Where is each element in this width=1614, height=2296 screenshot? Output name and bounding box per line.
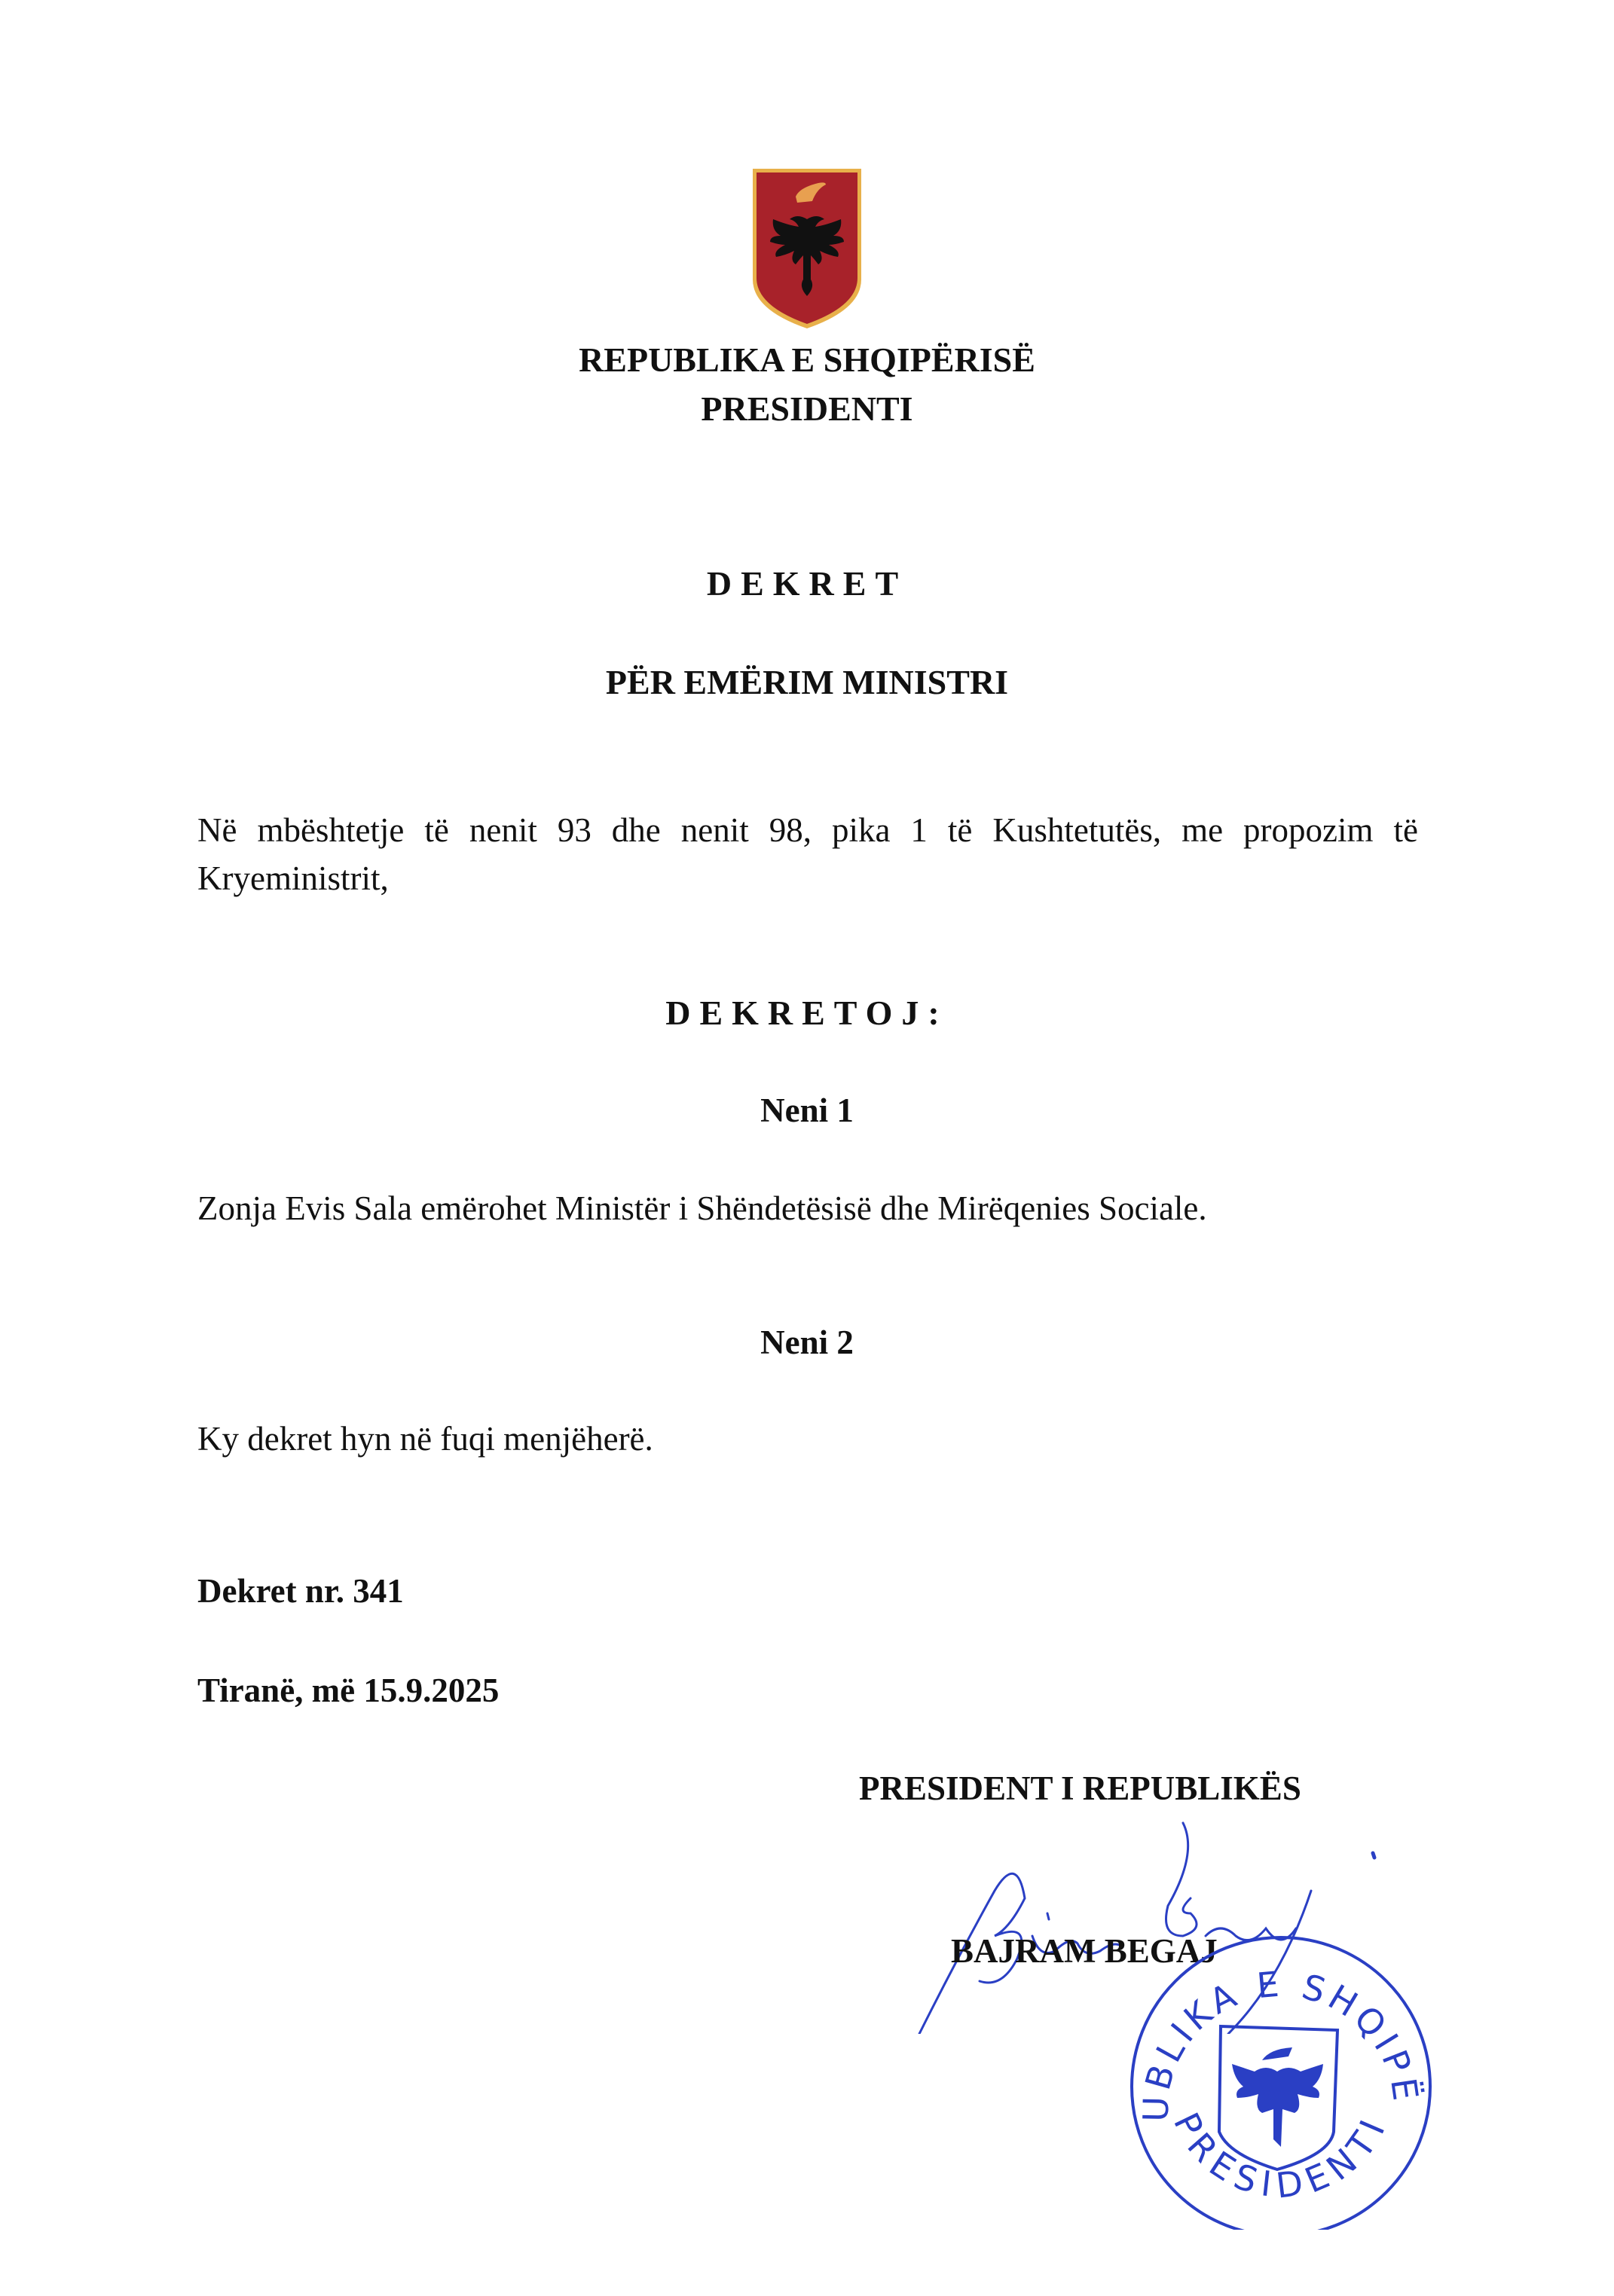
decree-title: DEKRET [0, 566, 1614, 601]
decree-number: Dekret nr. 341 [197, 1574, 404, 1608]
preamble: Në mbështetje të nenit 93 dhe nenit 98, … [197, 806, 1418, 902]
coat-of-arms-emblem [750, 166, 864, 331]
official-stamp: REPUBLIKA E SHQIPËRISË -PRESIDENTI- [1123, 1928, 1439, 2230]
signatory-title: PRESIDENT I REPUBLIKËS [859, 1772, 1301, 1806]
article-1-text: Zonja Evis Sala emërohet Ministër i Shën… [197, 1192, 1207, 1226]
decree-heading: DEKRETOJ: [0, 996, 1614, 1030]
institution-heading: PRESIDENTI [0, 392, 1614, 426]
preamble-line-2: Kryeministrit, [197, 854, 1418, 902]
article-1-heading: Neni 1 [0, 1094, 1614, 1128]
article-2-text: Ky dekret hyn në fuqi menjëherë. [197, 1422, 653, 1456]
preamble-line-1: Në mbështetje të nenit 93 dhe nenit 98, … [197, 806, 1418, 854]
article-2-heading: Neni 2 [0, 1326, 1614, 1360]
place-date: Tiranë, më 15.9.2025 [197, 1674, 499, 1708]
country-heading: REPUBLIKA E SHQIPËRISË [0, 343, 1614, 377]
decree-subject: PËR EMËRIM MINISTRI [0, 665, 1614, 700]
